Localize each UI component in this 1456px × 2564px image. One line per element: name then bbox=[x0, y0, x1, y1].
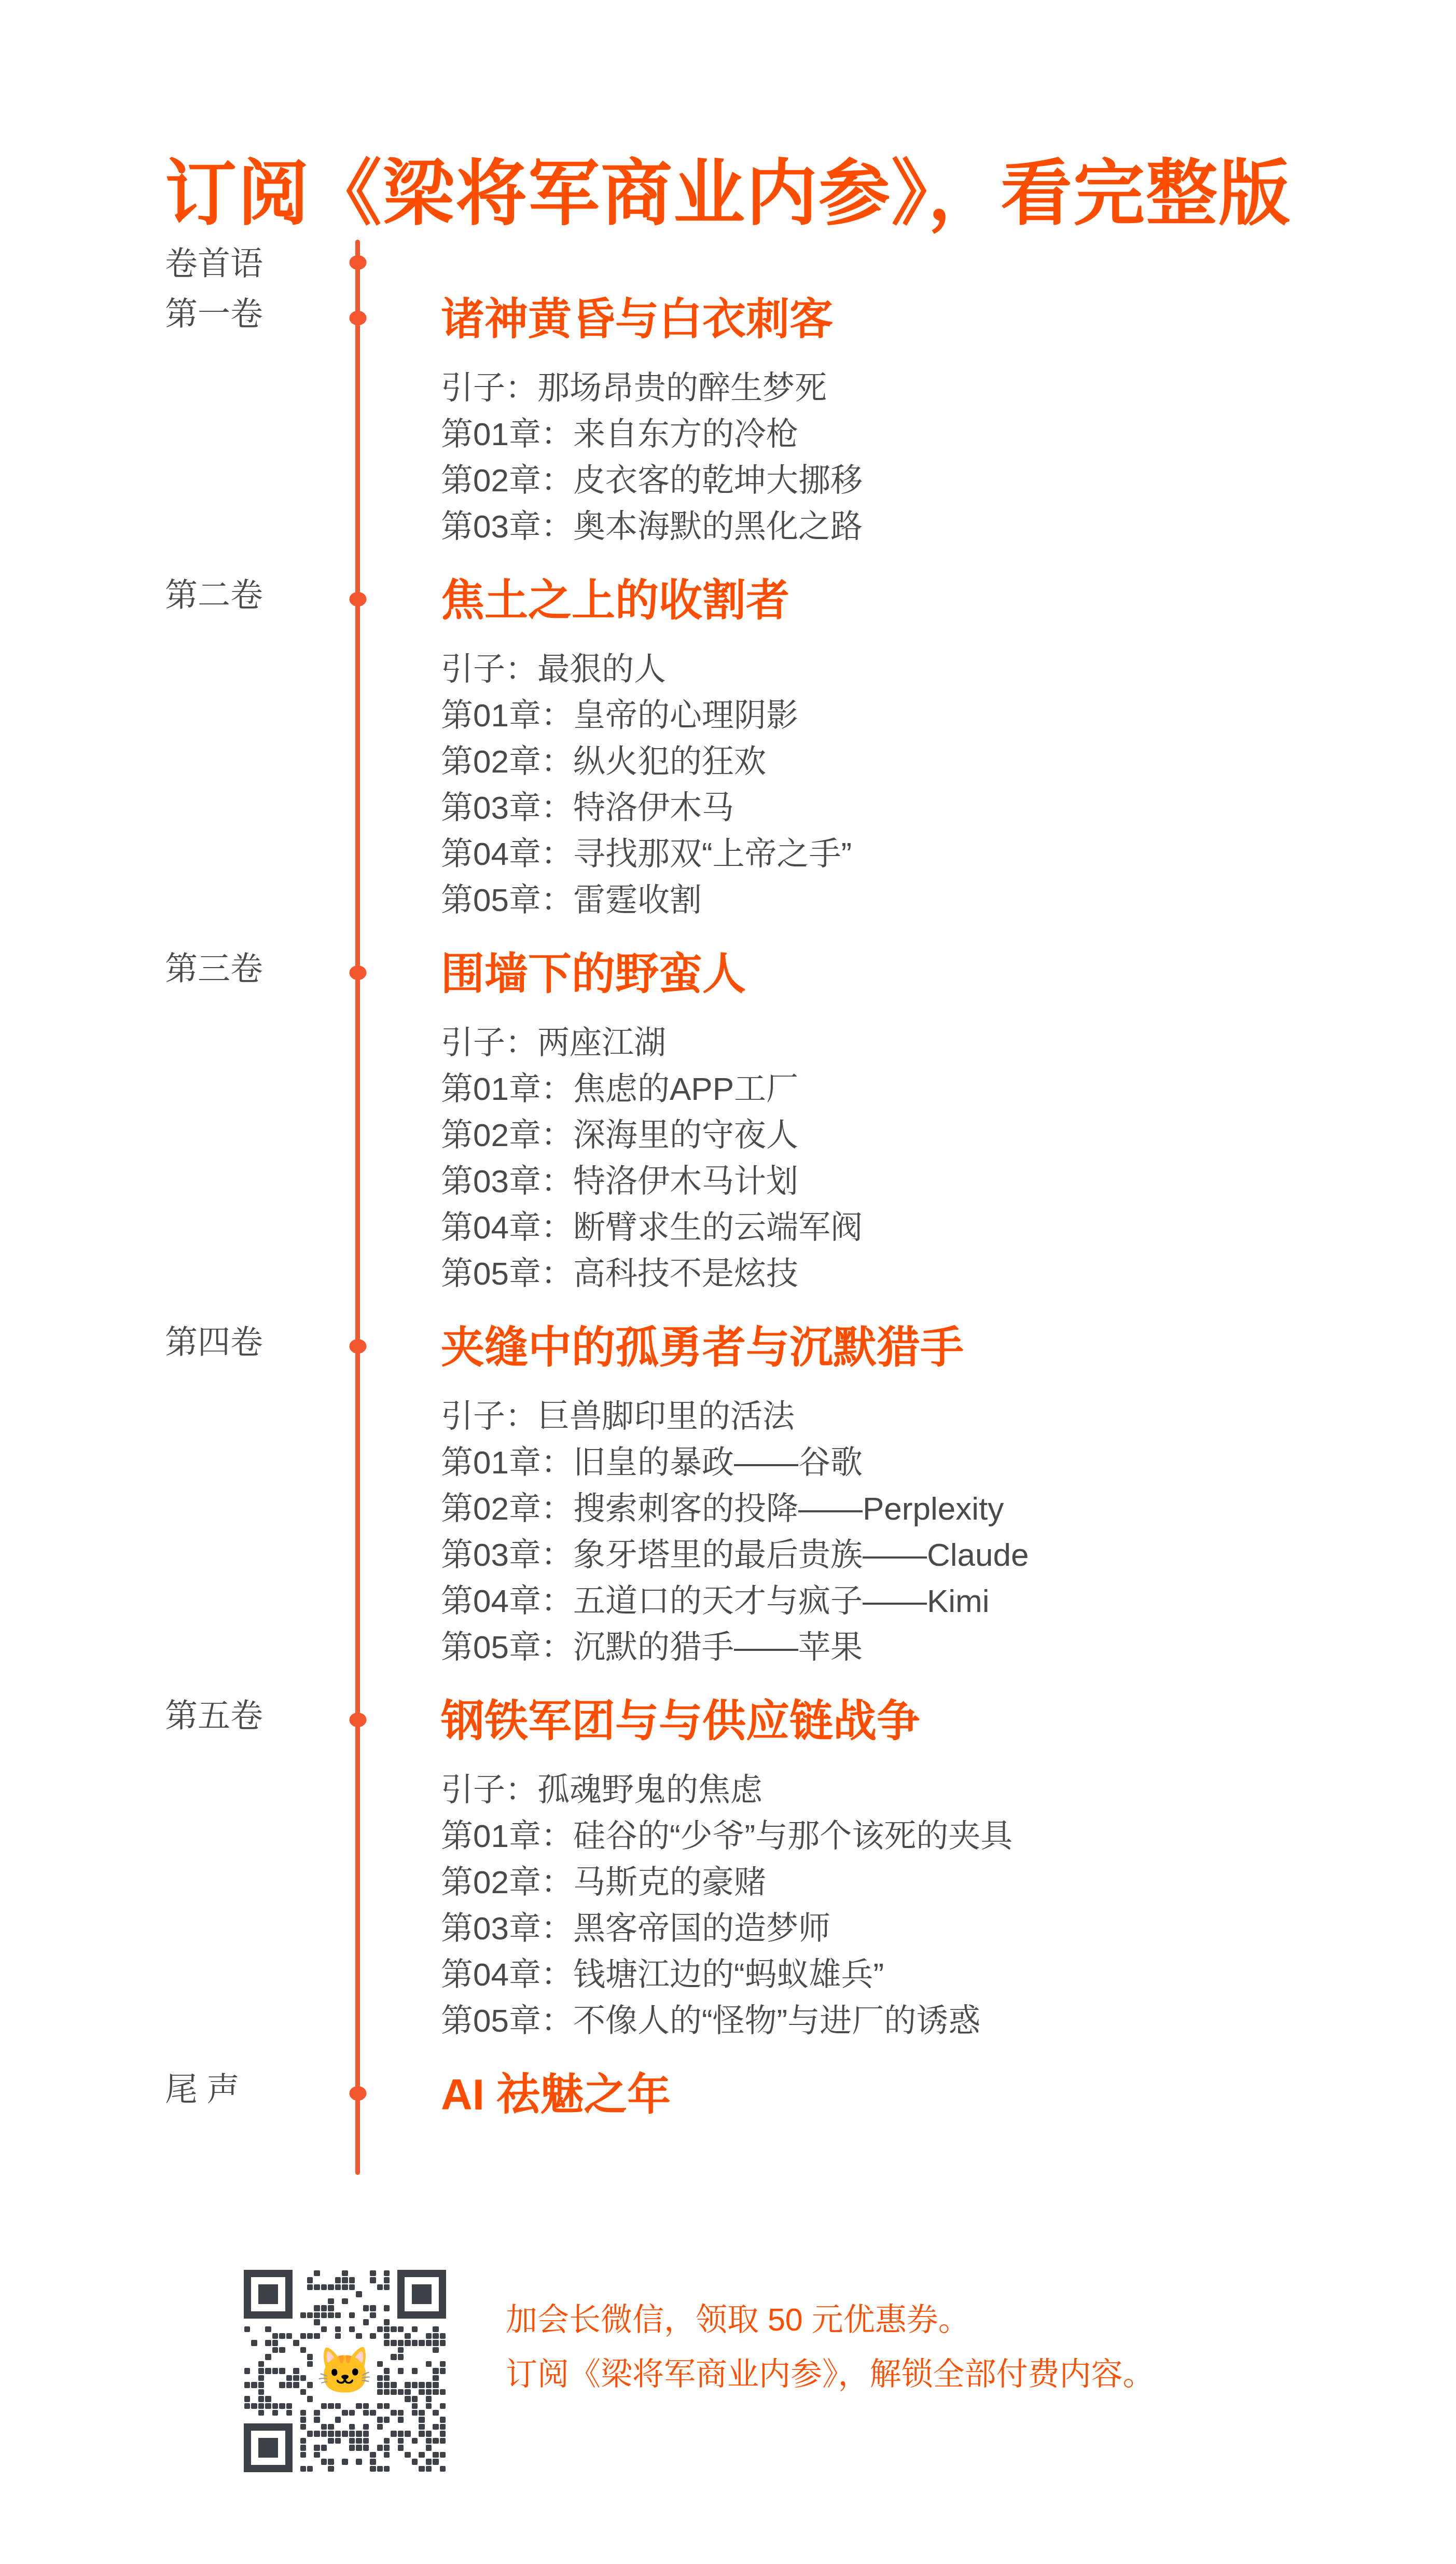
chapter-item: 第01章：来自东方的冷枪 bbox=[441, 419, 863, 451]
toc-section: 卷首语 bbox=[0, 244, 1456, 283]
volume-title: 焦土之上的收割者 bbox=[441, 575, 852, 625]
chapter-item: 第02章：深海里的守夜人 bbox=[441, 1120, 863, 1152]
timeline-dot bbox=[350, 311, 367, 325]
volume-label: 第四卷 bbox=[0, 1322, 342, 1362]
timeline-dot-cell bbox=[342, 244, 373, 283]
chapter-item: 第03章：奥本海默的黑化之路 bbox=[441, 511, 863, 543]
timeline-dot-cell bbox=[342, 2070, 373, 2119]
volume-label: 第五卷 bbox=[0, 1696, 342, 1735]
volume-content: AI 祛魅之年 bbox=[373, 2070, 671, 2119]
volume-content: 诸神黄昏与白衣刺客 引子：那场昂贵的醉生梦死第01章：来自东方的冷枪第02章：皮… bbox=[373, 294, 863, 543]
qr-finder-top-left-icon bbox=[244, 2270, 293, 2319]
volume-content: 围墙下的野蛮人 引子：两座江湖第01章：焦虑的APP工厂第02章：深海里的守夜人… bbox=[373, 949, 863, 1290]
toc-section: 第三卷 围墙下的野蛮人 引子：两座江湖第01章：焦虑的APP工厂第02章：深海里… bbox=[0, 949, 1456, 1290]
chapter-item: 第01章：皇帝的心理阴影 bbox=[441, 700, 852, 732]
timeline-dot bbox=[350, 966, 367, 980]
timeline-dot-cell bbox=[342, 575, 373, 917]
qr-block: 🐱 bbox=[244, 2270, 446, 2472]
chapter-item: 第01章：焦虑的APP工厂 bbox=[441, 1073, 863, 1106]
timeline-dot bbox=[350, 1339, 367, 1354]
chapter-item: 第02章：马斯克的豪赌 bbox=[441, 1867, 1013, 1899]
chapter-list: 引子：两座江湖第01章：焦虑的APP工厂第02章：深海里的守夜人第03章：特洛伊… bbox=[441, 1027, 863, 1290]
timeline-dot bbox=[350, 1713, 367, 1727]
chapter-item: 引子：那场昂贵的醉生梦死 bbox=[441, 373, 863, 405]
volume-label: 卷首语 bbox=[0, 244, 342, 283]
qr-avatar-cat-icon: 🐱 bbox=[314, 2340, 376, 2402]
chapter-item: 第02章：纵火犯的狂欢 bbox=[441, 746, 852, 778]
page-title: 订阅《梁将军商业内参》，看完整版 bbox=[165, 136, 1291, 239]
chapter-item: 第04章：寻找那双“上帝之手” bbox=[441, 838, 852, 871]
chapter-item: 第05章：沉默的猎手——苹果 bbox=[441, 1632, 1029, 1664]
chapter-item: 第01章：硅谷的“少爷”与那个该死的夹具 bbox=[441, 1821, 1013, 1853]
volume-title: 钢铁军团与与供应链战争 bbox=[441, 1696, 1013, 1746]
volume-label: 第二卷 bbox=[0, 575, 342, 615]
chapter-item: 第02章：皮衣客的乾坤大挪移 bbox=[441, 465, 863, 497]
footer-line-2: 订阅《梁将军商业内参》，解锁全部付费内容。 bbox=[506, 2356, 1155, 2392]
chapter-list: 引子：孤魂野鬼的焦虑第01章：硅谷的“少爷”与那个该死的夹具第02章：马斯克的豪… bbox=[441, 1774, 1013, 2037]
timeline-dot bbox=[350, 592, 367, 606]
chapter-list: 引子：最狠的人第01章：皇帝的心理阴影第02章：纵火犯的狂欢第03章：特洛伊木马… bbox=[441, 654, 852, 917]
volume-title: 围墙下的野蛮人 bbox=[441, 949, 863, 999]
volume-title: AI 祛魅之年 bbox=[441, 2070, 671, 2119]
chapter-item: 第05章：不像人的“怪物”与进厂的诱惑 bbox=[441, 2005, 1013, 2037]
chapter-item: 引子：两座江湖 bbox=[441, 1027, 863, 1059]
volume-content: 夹缝中的孤勇者与沉默猎手 引子：巨兽脚印里的活法第01章：旧皇的暴政——谷歌第0… bbox=[373, 1322, 1029, 1664]
volume-label: 第三卷 bbox=[0, 949, 342, 988]
timeline-dot bbox=[350, 255, 367, 270]
timeline-dot-cell bbox=[342, 949, 373, 1290]
chapter-item: 引子：最狠的人 bbox=[441, 654, 852, 686]
chapter-item: 第04章：断臂求生的云端军阀 bbox=[441, 1212, 863, 1244]
page: 订阅《梁将军商业内参》，看完整版 卷首语 第一卷 诸神黄昏与白衣刺客 引子：那场… bbox=[0, 0, 1456, 2564]
chapter-item: 引子：孤魂野鬼的焦虑 bbox=[441, 1774, 1013, 1807]
chapter-item: 第04章：钱塘江边的“蚂蚁雄兵” bbox=[441, 1959, 1013, 1991]
chapter-item: 第01章：旧皇的暴政——谷歌 bbox=[441, 1447, 1029, 1479]
toc-section: 第四卷 夹缝中的孤勇者与沉默猎手 引子：巨兽脚印里的活法第01章：旧皇的暴政——… bbox=[0, 1322, 1456, 1664]
toc-section: 尾 声 AI 祛魅之年 bbox=[0, 2070, 1456, 2119]
volume-title: 诸神黄昏与白衣刺客 bbox=[441, 294, 863, 344]
volume-label: 第一卷 bbox=[0, 294, 342, 334]
timeline-dot bbox=[350, 2086, 367, 2101]
volume-content: 焦土之上的收割者 引子：最狠的人第01章：皇帝的心理阴影第02章：纵火犯的狂欢第… bbox=[373, 575, 852, 917]
qr-finder-top-right-icon bbox=[397, 2270, 446, 2319]
qr-finder-bottom-left-icon bbox=[244, 2423, 293, 2472]
chapter-item: 第03章：特洛伊木马计划 bbox=[441, 1166, 863, 1198]
chapter-item: 引子：巨兽脚印里的活法 bbox=[441, 1401, 1029, 1433]
toc-sections: 卷首语 第一卷 诸神黄昏与白衣刺客 引子：那场昂贵的醉生梦死第01章：来自东方的… bbox=[0, 244, 1456, 2152]
chapter-item: 第04章：五道口的天才与疯子——Kimi bbox=[441, 1586, 1029, 1618]
chapter-item: 第03章：特洛伊木马 bbox=[441, 792, 852, 824]
timeline-dot-cell bbox=[342, 1696, 373, 2037]
chapter-item: 第03章：象牙塔里的最后贵族——Claude bbox=[441, 1539, 1029, 1572]
footer-text: 加会长微信，领取 50 元优惠券。 订阅《梁将军商业内参》，解锁全部付费内容。 bbox=[506, 2301, 1155, 2392]
chapter-item: 第05章：高科技不是炫技 bbox=[441, 1258, 863, 1290]
chapter-item: 第03章：黑客帝国的造梦师 bbox=[441, 1913, 1013, 1945]
chapter-item: 第02章：搜索刺客的投降——Perplexity bbox=[441, 1493, 1029, 1525]
timeline-dot-cell bbox=[342, 1322, 373, 1664]
chapter-list: 引子：那场昂贵的醉生梦死第01章：来自东方的冷枪第02章：皮衣客的乾坤大挪移第0… bbox=[441, 373, 863, 543]
toc-section: 第一卷 诸神黄昏与白衣刺客 引子：那场昂贵的醉生梦死第01章：来自东方的冷枪第0… bbox=[0, 294, 1456, 543]
volume-title: 夹缝中的孤勇者与沉默猎手 bbox=[441, 1322, 1029, 1372]
toc-section: 第二卷 焦土之上的收割者 引子：最狠的人第01章：皇帝的心理阴影第02章：纵火犯… bbox=[0, 575, 1456, 917]
chapter-item: 第05章：雷霆收割 bbox=[441, 885, 852, 917]
footer-line-1: 加会长微信，领取 50 元优惠券。 bbox=[506, 2301, 1155, 2338]
volume-content: 钢铁军团与与供应链战争 引子：孤魂野鬼的焦虑第01章：硅谷的“少爷”与那个该死的… bbox=[373, 1696, 1013, 2037]
timeline-dot-cell bbox=[342, 294, 373, 543]
volume-label: 尾 声 bbox=[0, 2070, 342, 2109]
toc-section: 第五卷 钢铁军团与与供应链战争 引子：孤魂野鬼的焦虑第01章：硅谷的“少爷”与那… bbox=[0, 1696, 1456, 2037]
chapter-list: 引子：巨兽脚印里的活法第01章：旧皇的暴政——谷歌第02章：搜索刺客的投降——P… bbox=[441, 1401, 1029, 1664]
